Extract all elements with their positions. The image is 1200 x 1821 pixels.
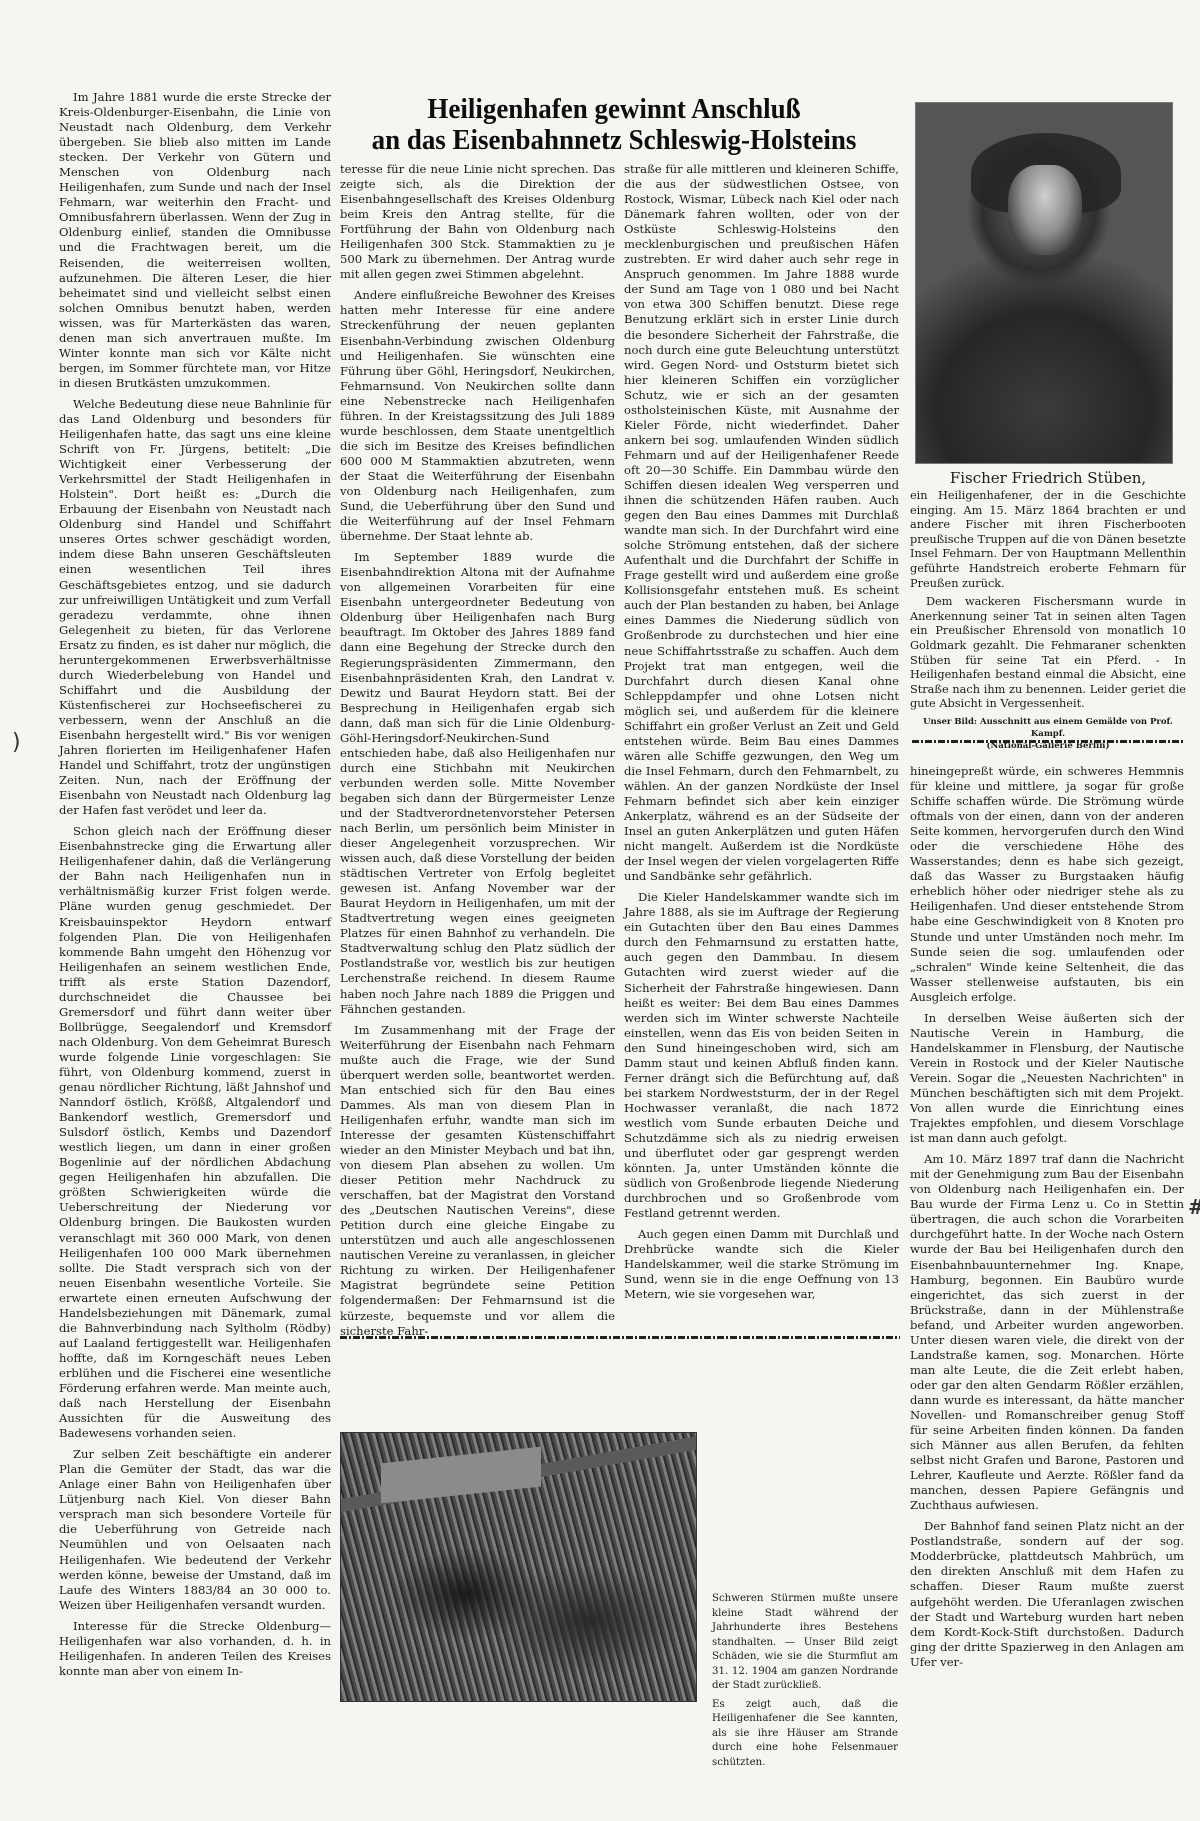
photo-caption-text: Schweren Stürmen mußte unsere kleine Sta…: [712, 1592, 898, 1694]
portrait-caption-text: Dem wackeren Fischersmann wurde in Anerk…: [910, 595, 1186, 712]
paragraph: In derselben Weise äußerten sich der Nau…: [910, 1011, 1184, 1146]
margin-hash-mark: #: [1188, 1195, 1200, 1219]
paragraph: Im Jahre 1881 wurde die erste Strecke de…: [59, 90, 331, 391]
paragraph: Auch gegen einen Damm mit Durchlaß und D…: [624, 1227, 899, 1302]
headline-line-1: Heiligenhafen gewinnt Anschluß: [350, 94, 878, 125]
paragraph: Schon gleich nach der Eröffnung dieser E…: [59, 824, 331, 1441]
photo-caption-text: Es zeigt auch, daß die Heiligenhafener d…: [712, 1698, 898, 1771]
headline: Heiligenhafen gewinnt Anschluß an das Ei…: [350, 94, 878, 156]
paragraph: Die Kieler Handelskammer wandte sich im …: [624, 890, 899, 1221]
section-divider: [912, 740, 1184, 743]
paragraph: hineingepreßt würde, ein schweres Hemmni…: [910, 764, 1184, 1005]
section-divider: [340, 1336, 900, 1339]
margin-bracket-mark: ): [12, 730, 21, 755]
portrait-caption-title: Fischer Friedrich Stüben,: [910, 468, 1186, 488]
photo-house-roof-shape: [381, 1447, 541, 1504]
paragraph: Zur selben Zeit beschäftigte ein anderer…: [59, 1447, 331, 1613]
paragraph: Der Bahnhof fand seinen Platz nicht an d…: [910, 1519, 1184, 1669]
article-column-3: straße für alle mittleren und kleineren …: [624, 162, 899, 1309]
paragraph: Am 10. März 1897 traf dann die Nachricht…: [910, 1152, 1184, 1513]
paragraph: Im September 1889 wurde die Eisenbahndir…: [340, 550, 615, 1016]
paragraph: Welche Bedeutung diese neue Bahnlinie fü…: [59, 397, 331, 818]
storm-damage-photo: [340, 1432, 697, 1702]
image-credit: Unser Bild: Ausschnitt aus einem Gemälde…: [910, 716, 1186, 752]
paragraph: teresse für die neue Linie nicht spreche…: [340, 162, 615, 282]
article-column-2: teresse für die neue Linie nicht spreche…: [340, 162, 615, 1345]
paragraph: Interesse für die Strecke Oldenburg—Heil…: [59, 1619, 331, 1679]
portrait-face-shape: [1008, 165, 1082, 255]
paragraph: Andere einflußreiche Bewohner des Kreise…: [340, 288, 615, 544]
paragraph: straße für alle mittleren und kleineren …: [624, 162, 899, 884]
portrait-caption: Fischer Friedrich Stüben, ein Heiligenha…: [910, 468, 1186, 752]
portrait-painting: [915, 102, 1173, 464]
photo-caption: Schweren Stürmen mußte unsere kleine Sta…: [712, 1592, 898, 1774]
article-column-4: hineingepreßt würde, ein schweres Hemmni…: [910, 764, 1184, 1676]
paragraph: Im Zusammenhang mit der Frage der Weiter…: [340, 1023, 615, 1339]
image-credit-line: Unser Bild: Ausschnitt aus einem Gemälde…: [910, 716, 1186, 740]
portrait-caption-text: ein Heiligenhafener, der in die Geschich…: [910, 489, 1186, 591]
article-column-1: Im Jahre 1881 wurde die erste Strecke de…: [59, 90, 331, 1685]
headline-line-2: an das Eisenbahnnetz Schleswig-Holsteins: [350, 125, 878, 156]
